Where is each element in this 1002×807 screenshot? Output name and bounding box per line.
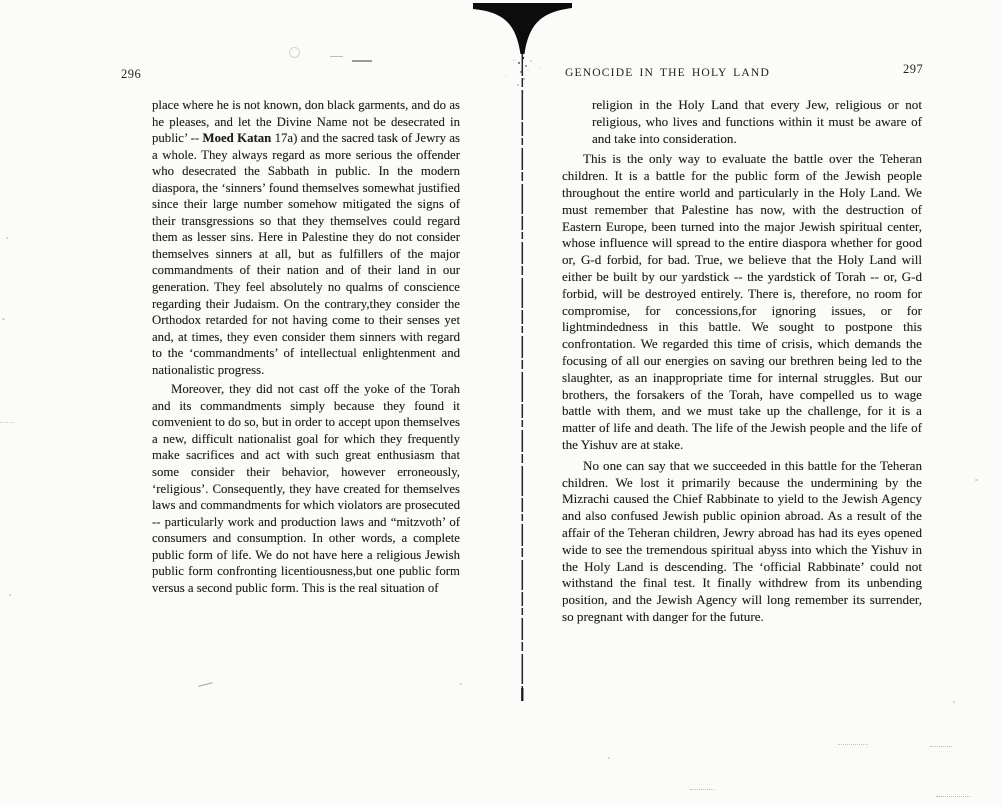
scan-speck <box>6 237 8 239</box>
scan-speck <box>690 789 714 790</box>
scan-speck <box>953 701 955 703</box>
paragraph-continuation: place where he is not known, don black g… <box>152 97 460 378</box>
left-text-column: place where he is not known, don black g… <box>152 97 460 596</box>
scan-speck <box>936 796 970 797</box>
gutter-speckles <box>506 57 541 97</box>
scan-squiggle <box>198 682 213 687</box>
paragraph-text: 17a) and the sacred task of Jewry as a w… <box>152 131 460 377</box>
scan-speck <box>2 318 5 320</box>
paragraph-moreover: Moreover, they did not cast off the yoke… <box>152 381 460 596</box>
paragraph-battle: This is the only way to evaluate the bat… <box>562 151 922 453</box>
scan-speck <box>930 746 952 747</box>
scan-speck <box>460 683 462 685</box>
paragraph-quote-continuation: religion in the Holy Land that every Jew… <box>592 97 922 147</box>
scan-speck <box>9 594 11 596</box>
scan-speck <box>352 60 372 62</box>
scan-speck <box>608 757 610 759</box>
running-header: GENOCIDE IN THE HOLY LAND <box>565 66 770 79</box>
paragraph-no-one: No one can say that we succeeded in this… <box>562 458 922 626</box>
scan-speck <box>289 47 300 58</box>
scan-speck <box>838 744 868 745</box>
scan-speck <box>0 422 14 423</box>
page-number-left: 296 <box>121 67 141 82</box>
scan-speck <box>330 56 343 57</box>
scan-speck <box>975 479 978 481</box>
bold-citation: Moed Katan <box>203 131 272 145</box>
right-text-column: religion in the Holy Land that every Jew… <box>562 97 922 626</box>
gutter-wedge <box>473 3 572 54</box>
page-number-right: 297 <box>903 62 923 77</box>
book-spread-scan: 296 place where he is not known, don bla… <box>0 0 1002 807</box>
